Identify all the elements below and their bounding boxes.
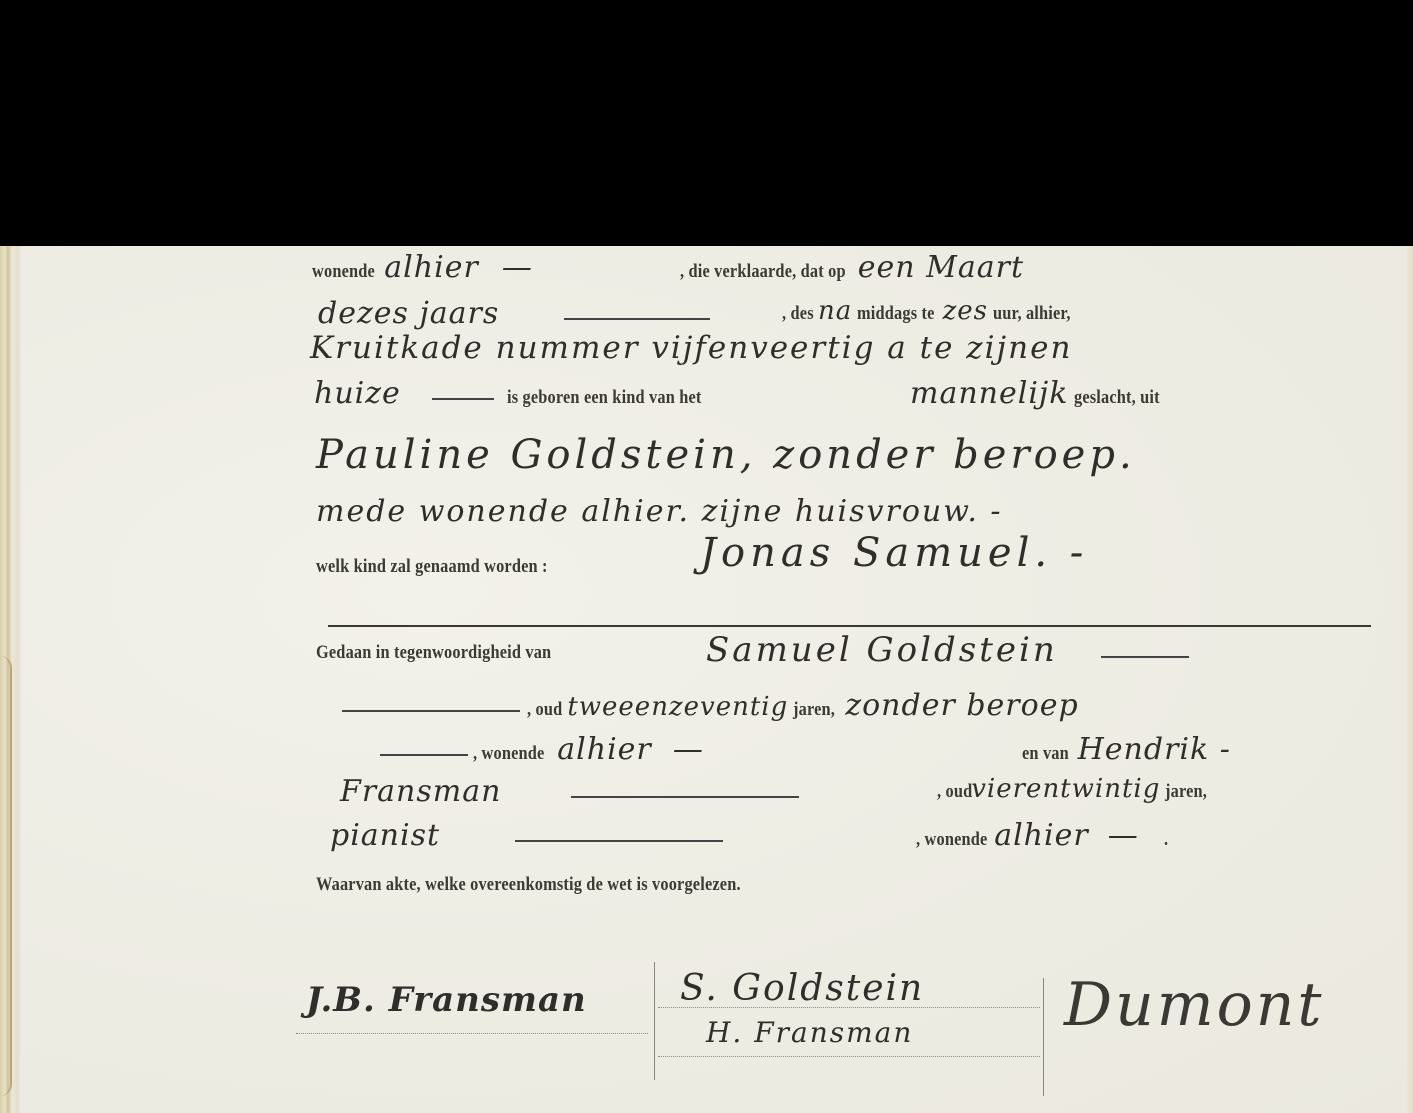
printed-text: Gedaan in tegenwoordigheid van — [316, 642, 551, 664]
record-line-4: huize is geboren een kind van het — [314, 376, 733, 411]
handwritten-age: tweeenzeventig — [567, 692, 788, 722]
handwritten-text: na — [818, 296, 852, 326]
handwritten-text: dezes jaars — [318, 296, 499, 331]
page-right-edge — [1407, 246, 1413, 1113]
blank-line — [564, 318, 710, 320]
blank-line — [380, 754, 468, 756]
signature-line-1 — [296, 1033, 648, 1034]
printed-text: , oud — [527, 699, 562, 721]
record-line-10b: en van Hendrik - — [1022, 732, 1231, 767]
signature-2b: H. Fransman — [706, 1016, 913, 1049]
handwritten-witness-2: Hendrik - — [1078, 732, 1231, 767]
document-page: wonende alhier — , die verklaarde, dat o… — [0, 246, 1413, 1113]
blank-line — [342, 710, 520, 712]
record-line-8b: Samuel Goldstein — [706, 630, 1189, 670]
record-line-5: Pauline Goldstein, zonder beroep. — [316, 432, 1136, 478]
printed-text: jaren, — [1165, 781, 1207, 803]
printed-text: . — [1164, 829, 1168, 851]
record-line-2b: , des na middags te zes uur, alhier, — [782, 296, 1083, 326]
handwritten-occupation: zonder beroep — [845, 688, 1078, 723]
handwritten-age: vierentwintig — [971, 774, 1160, 804]
printed-text: en van — [1022, 743, 1069, 765]
signature-1: J.B. Fransman — [306, 980, 587, 1020]
record-line-12b: , wonende alhier — . — [916, 818, 1169, 853]
printed-text: uur, alhier, — [993, 303, 1071, 325]
record-line-2: dezes jaars — [318, 296, 710, 331]
record-line-4b: mannelijk geslacht, uit — [910, 376, 1173, 411]
signature-line-2b — [658, 1056, 1040, 1057]
record-line-11: Fransman — [340, 774, 799, 809]
printed-text: , wonende — [473, 743, 544, 765]
record-line-6: mede wonende alhier. zijne huisvrouw. - — [316, 494, 1003, 529]
record-line-8: Gedaan in tegenwoordigheid van — [316, 642, 590, 664]
handwritten-gender: mannelijk — [910, 376, 1068, 411]
handwritten-occupation: pianist — [330, 818, 440, 853]
record-line-13: Waarvan akte, welke overeenkomstig de we… — [316, 874, 810, 896]
printed-text: geslacht, uit — [1074, 387, 1160, 409]
page-binding-curve — [0, 656, 12, 1096]
record-line-3: Kruitkade nummer vijfenveertig a te zijn… — [310, 330, 1072, 366]
blank-line — [571, 796, 799, 798]
signature-divider-2 — [1043, 978, 1044, 1096]
handwritten-child-name: Jonas Samuel. - — [700, 530, 1088, 576]
printed-text: welk kind zal genaamd worden : — [316, 556, 548, 578]
printed-text: , die verklaarde, dat op — [680, 261, 846, 283]
handwritten-text: alhier — [557, 732, 652, 767]
record-line-11b: , oud vierentwintig jaren, — [937, 774, 1214, 804]
dash: — — [1108, 818, 1139, 853]
printed-text: , oud — [937, 781, 972, 803]
printed-text: Waarvan akte, welke overeenkomstig de we… — [316, 874, 741, 896]
handwritten-date: een Maart — [858, 250, 1024, 285]
printed-text: , des — [782, 303, 814, 325]
handwritten-text: huize — [314, 376, 401, 411]
section-rule — [328, 625, 1371, 627]
handwritten-text: alhier — [384, 250, 479, 285]
handwritten-mother-name: Pauline Goldstein, zonder beroep. — [316, 432, 1136, 478]
signature-divider-1 — [654, 962, 655, 1080]
printed-text: jaren, — [793, 699, 835, 721]
handwritten-text: alhier — [994, 818, 1089, 853]
handwritten-witness-1: Samuel Goldstein — [706, 630, 1058, 670]
record-line-1: wonende alhier — — [312, 250, 533, 285]
record-line-10: , wonende alhier — — [380, 732, 704, 767]
blank-line — [432, 398, 494, 400]
printed-text: , wonende — [916, 829, 987, 851]
handwritten-text: mede wonende alhier. zijne huisvrouw. - — [316, 494, 1003, 529]
record-line-9: , oud tweeenzeventig jaren, zonder beroe… — [342, 688, 1079, 723]
dash: — — [673, 732, 704, 767]
blank-line — [515, 840, 723, 842]
signature-3: Dumont — [1064, 970, 1325, 1040]
dash: — — [502, 250, 533, 285]
record-line-7: welk kind zal genaamd worden : — [316, 556, 585, 578]
record-line-1b: , die verklaarde, dat op een Maart — [680, 250, 1024, 285]
printed-text: is geboren een kind van het — [507, 387, 702, 409]
handwritten-address: Kruitkade nummer vijfenveertig a te zijn… — [310, 330, 1072, 366]
blank-line — [1101, 656, 1189, 658]
handwritten-hour: zes — [943, 296, 988, 326]
record-line-12: pianist — [330, 818, 723, 853]
printed-text: middags te — [857, 303, 935, 325]
printed-text: wonende — [312, 261, 375, 283]
handwritten-text: Fransman — [340, 774, 501, 809]
signature-2: S. Goldstein — [680, 968, 924, 1009]
record-line-7b: Jonas Samuel. - — [700, 530, 1088, 576]
